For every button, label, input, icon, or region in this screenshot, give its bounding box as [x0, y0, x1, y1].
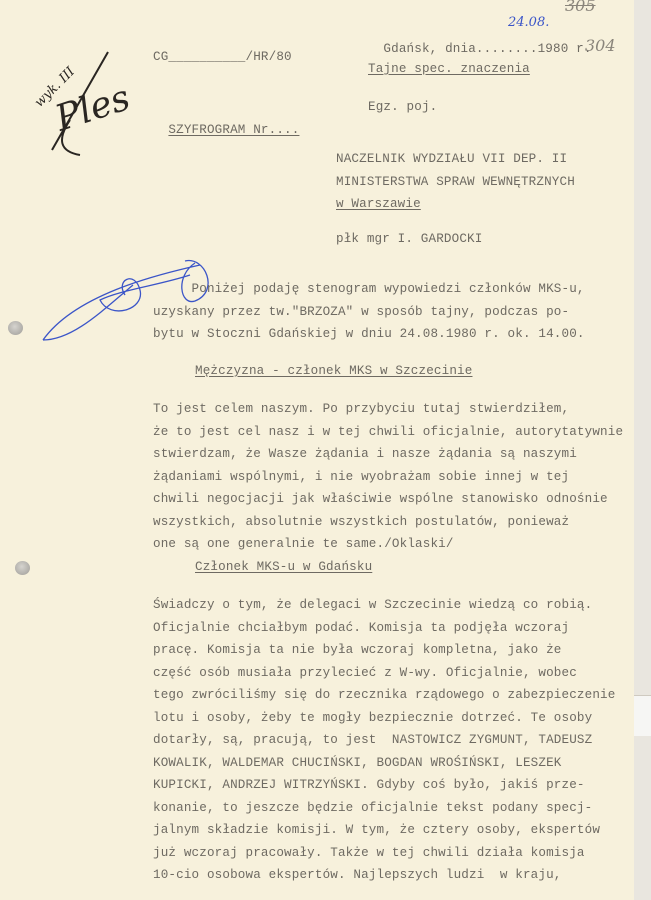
intro-line: uzyskany przez tw."BRZOZA" w sposób tajn…: [153, 301, 585, 324]
page-edge: [634, 0, 651, 900]
body-line: To jest celem naszym. Po przybyciu tutaj…: [153, 398, 623, 421]
addressee-line: NACZELNIK WYDZIAŁU VII DEP. II: [336, 148, 575, 171]
body-line: Świadczy o tym, że delegaci w Szczecinie…: [153, 594, 615, 617]
section-body: To jest celem naszym. Po przybyciu tutaj…: [153, 398, 623, 556]
page-number: 304: [585, 36, 616, 55]
body-line: wszystkich, absolutnie wszystkich postul…: [153, 511, 623, 534]
page-number-crossed: 305: [565, 0, 596, 15]
addressee-line: w Warszawie: [336, 193, 575, 216]
intro-paragraph: Poniżej podaję stenogram wypowiedzi czło…: [153, 278, 585, 346]
body-line: 10-cio osobowa ekspertów. Najlepszych lu…: [153, 864, 615, 887]
body-line: chwili negocjacji jak właściwie wspólne …: [153, 488, 623, 511]
szyfrogram-number: SZYFROGRAM Nr....: [153, 96, 299, 141]
body-line: już wczoraj pracowały. Także w tej chwil…: [153, 842, 615, 865]
body-line: pracę. Komisja ta nie była wczoraj kompl…: [153, 639, 615, 662]
section-heading: Członek MKS-u w Gdańsku: [195, 556, 372, 579]
body-line: lotu i osoby, żeby te mogły bezpiecznie …: [153, 707, 615, 730]
body-line: Oficjalnie chciałbym podać. Komisja ta p…: [153, 617, 615, 640]
section-body: Świadczy o tym, że delegaci w Szczecinie…: [153, 594, 615, 887]
intro-line: Poniżej podaję stenogram wypowiedzi czło…: [153, 278, 585, 301]
addressee-line: MINISTERSTWA SPRAW WEWNĘTRZNYCH: [336, 171, 575, 194]
copy-count: Egz. poj.: [368, 96, 437, 119]
body-line: konanie, to jeszcze będzie oficjalnie te…: [153, 797, 615, 820]
body-line: że to jest cel nasz i w tej chwili oficj…: [153, 421, 623, 444]
body-line: jalnym składzie komisji. W tym, że czter…: [153, 819, 615, 842]
intro-line: bytu w Stoczni Gdańskiej w dniu 24.08.19…: [153, 323, 585, 346]
body-line: część osób musiała przylecieć z W-wy. Of…: [153, 662, 615, 685]
body-line: dotarły, są, pracują, to jest NASTOWICZ …: [153, 729, 615, 752]
punch-hole-bottom: [15, 561, 30, 575]
scanner-strip: [634, 695, 651, 736]
addressee-person: płk mgr I. GARDOCKI: [336, 228, 482, 251]
body-line: KUPICKI, ANDRZEJ WITRZYŃSKI. Gdyby coś b…: [153, 774, 615, 797]
body-line: tego zwróciliśmy się do rzecznika rządow…: [153, 684, 615, 707]
signature-stroke-icon: [30, 50, 130, 160]
addressee-block: NACZELNIK WYDZIAŁU VII DEP. II MINISTERS…: [336, 148, 575, 216]
punch-hole-top: [8, 321, 23, 335]
body-line: KOWALIK, WALDEMAR CHUCIŃSKI, BOGDAN WROŚ…: [153, 752, 615, 775]
body-line: one są one generalnie te same./Oklaski/: [153, 533, 623, 556]
body-line: stwierdzam, że Wasze żądania i nasze żąd…: [153, 443, 623, 466]
place-date: Gdańsk, dnia........1980 r.: [368, 15, 592, 60]
classification: Tajne spec. znaczenia: [368, 58, 530, 81]
body-line: żądaniami wspólnymi, i nie wyobrażam sob…: [153, 466, 623, 489]
reference-number: CG__________/HR/80: [153, 46, 292, 69]
handwritten-date: 24.08.: [508, 15, 549, 30]
section-heading: Mężczyzna - członek MKS w Szczecinie: [195, 360, 472, 383]
